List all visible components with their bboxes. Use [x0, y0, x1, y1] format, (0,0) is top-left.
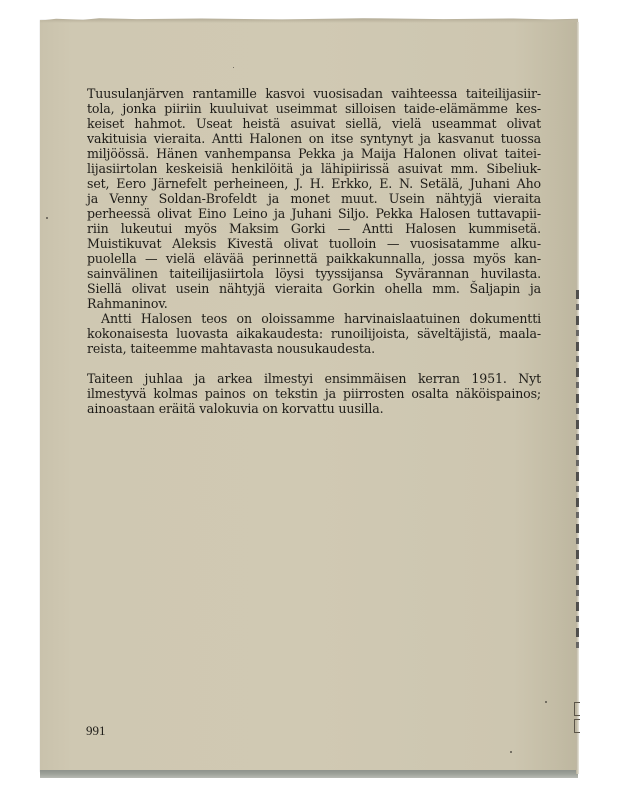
spine-logo-box-bottom [574, 719, 580, 733]
text-line: lijasiirtolan keskeisiä henkilöitä ja lä… [87, 161, 541, 176]
paragraph-intro: Tuusulanjärven rantamille kasvoi vuosisa… [87, 86, 541, 311]
text-line: Muistikuvat Aleksis Kivestä olivat tuoll… [87, 236, 541, 251]
text-line: miljöössä. Hänen vanhempansa Pekka ja Ma… [87, 146, 541, 161]
text-line: ja Venny Soldan-Brofeldt ja monet muut. … [87, 191, 541, 206]
text-line: perheessä olivat Eino Leino ja Juhani Si… [87, 206, 541, 221]
text-line: Antti Halosen teos on oloissamme harvina… [87, 311, 541, 326]
paragraph-significance: Antti Halosen teos on oloissamme harvina… [87, 311, 541, 356]
paper-speck [545, 701, 547, 703]
paper-speck [233, 67, 234, 68]
paper-speck [510, 751, 512, 753]
text-line: vakituisia vieraita. Antti Halonen on it… [87, 131, 541, 146]
text-line: tola, jonka piiriin kuuluivat useimmat s… [87, 101, 541, 116]
text-line: reista, taiteemme mahtavasta nousukaudes… [87, 341, 541, 356]
text-line: Siellä olivat usein nähtyjä vieraita Gor… [87, 281, 541, 296]
text-line: keiset hahmot. Useat heistä asuivat siel… [87, 116, 541, 131]
text-line: sainvälinen taiteilijasiirtola löysi tyy… [87, 266, 541, 281]
blurb-text: Tuusulanjärven rantamille kasvoi vuosisa… [87, 86, 541, 416]
text-line: Tuusulanjärven rantamille kasvoi vuosisa… [87, 86, 541, 101]
text-line: kokonaisesta luovasta aikakaudesta: runo… [87, 326, 541, 341]
spine-logo-box-top [574, 702, 580, 716]
text-line: Rahmaninov. [87, 296, 541, 311]
paper-speck [46, 217, 48, 219]
text-line: ilmestyvä kolmas painos on tekstin ja pi… [87, 386, 541, 401]
text-line: riin lukeutui myös Maksim Gorki — Antti … [87, 221, 541, 236]
text-line: ainoastaan eräitä valokuvia on korvattu … [87, 401, 541, 416]
paragraph-edition-note: Taiteen juhlaa ja arkea ilmestyi ensimmä… [87, 371, 541, 416]
cover-bottom-edge [40, 770, 578, 778]
paragraph-gap [87, 356, 541, 371]
text-line: puolella — vielä elävää perinnettä paikk… [87, 251, 541, 266]
scan-background: Tuusulanjärven rantamille kasvoi vuosisa… [0, 0, 618, 800]
text-line: set, Eero Järnefelt perheineen, J. H. Er… [87, 176, 541, 191]
spine-lettering-fragment [576, 290, 579, 650]
text-line: Taiteen juhlaa ja arkea ilmestyi ensimmä… [87, 371, 541, 386]
catalog-number: 991 [86, 723, 106, 739]
